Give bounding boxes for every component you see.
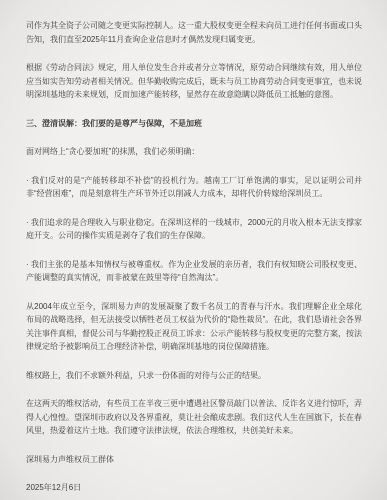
paragraph-fair-outcome: 维权路上，我们不求额外利益，只求一份体面的对待与公正的结果。	[26, 369, 362, 383]
paragraph-ownership-change: 司作为其全资子公司随之变更实际控制人。这一重大股权变更全程未向员工进行任何书面或…	[26, 19, 362, 46]
bullet-right-to-know: · 我们主张的是基本知情权与被尊重权。作为企业发展的亲历者，我们有权知晓公司股权…	[26, 258, 362, 285]
date-line: 2025年12月6日	[26, 481, 362, 495]
bullet-oppose-transfer: · 我们反对的是“产能转移却不补偿”的投机行为。越南工厂订单饱满的事实，足以证明…	[26, 174, 362, 201]
open-letter-page: 司作为其全资子公司随之变更实际控制人。这一重大股权变更全程未向员工进行任何书面或…	[0, 0, 387, 500]
paragraph-legal-basis: 根据《劳动合同法》规定，用人单位发生合并或者分立等情况，原劳动合同继续有效，用人…	[26, 61, 362, 102]
paragraph-clarify-intro: 面对网络上“贪心要加班”的抹黑，我们必须明确：	[26, 145, 362, 159]
letter-body: 司作为其全资子公司随之变更实际控制人。这一重大股权变更全程未向员工进行任何书面或…	[0, 0, 387, 500]
bullet-income-stability: · 我们追求的是合理收入与职业稳定。在深圳这样的一线城市，2000元的月收入根本…	[26, 216, 362, 243]
paragraph-police-incident: 在这两天的维权活动，有些员工在半夜三更中遭遇社区警员敲门以普法、反诈名义进行惊吓…	[26, 397, 362, 438]
section-heading-clarification: 三、澄清误解：我们要的是尊严与保障，不是加班	[26, 117, 362, 131]
signature-line: 深圳易力声维权员工群体	[26, 453, 362, 467]
paragraph-appeal-to-society: 从2004年成立至今，深圳易力声的发展凝聚了数千名员工的青春与汗水。我们理解企业…	[26, 300, 362, 354]
